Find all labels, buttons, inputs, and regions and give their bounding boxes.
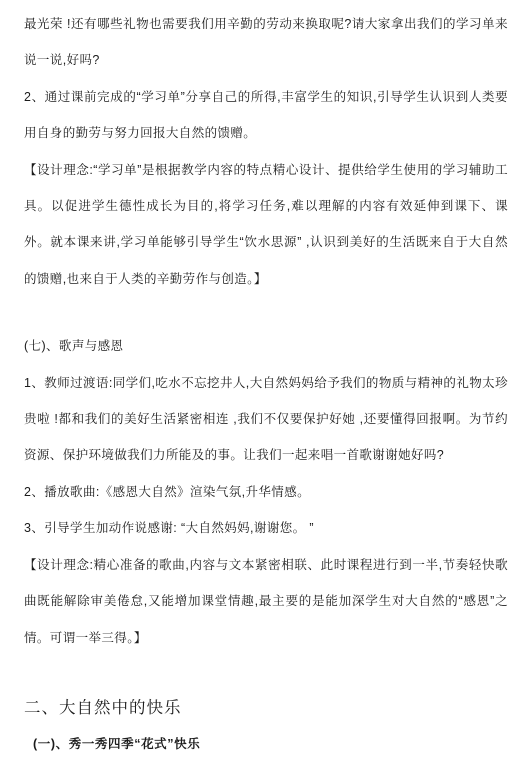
step-item-3-say-thanks: 3、引导学生加动作说感谢: “大自然妈妈,谢谢您。 ” <box>24 510 508 546</box>
section-heading-7-song-and-gratitude: (七)、歌声与感恩 <box>24 328 508 364</box>
chapter-heading-2-joy-in-nature: 二、大自然中的快乐 <box>24 690 508 726</box>
design-note-song: 【设计理念:精心准备的歌曲,内容与文本紧密相联、此时课程进行到一半,节奏轻快歌曲… <box>24 547 508 656</box>
step-item-2-play-song: 2、播放歌曲:《感恩大自然》渲染气氛,升华情感。 <box>24 474 508 510</box>
step-item-2-learning-sheet: 2、通过课前完成的“学习单”分享自己的所得,丰富学生的知识,引导学生认识到人类要… <box>24 79 508 152</box>
step-item-1-teacher-transition: 1、教师过渡语:同学们,吃水不忘挖井人,大自然妈妈给予我们的物质与精神的礼物太珍… <box>24 365 508 474</box>
subsection-heading-1-four-seasons-joy: (一)、秀一秀四季“花式”快乐 <box>24 726 508 762</box>
paragraph-continued-from-previous-page: 最光荣 !还有哪些礼物也需要我们用辛勤的劳动来换取呢?请大家拿出我们的学习单来说… <box>24 6 508 79</box>
design-note-learning-sheet: 【设计理念:“学习单”是根据教学内容的特点精心设计、提供给学生使用的学习辅助工具… <box>24 152 508 298</box>
document-page: 最光荣 !还有哪些礼物也需要我们用辛勤的劳动来换取呢?请大家拿出我们的学习单来说… <box>0 0 530 768</box>
